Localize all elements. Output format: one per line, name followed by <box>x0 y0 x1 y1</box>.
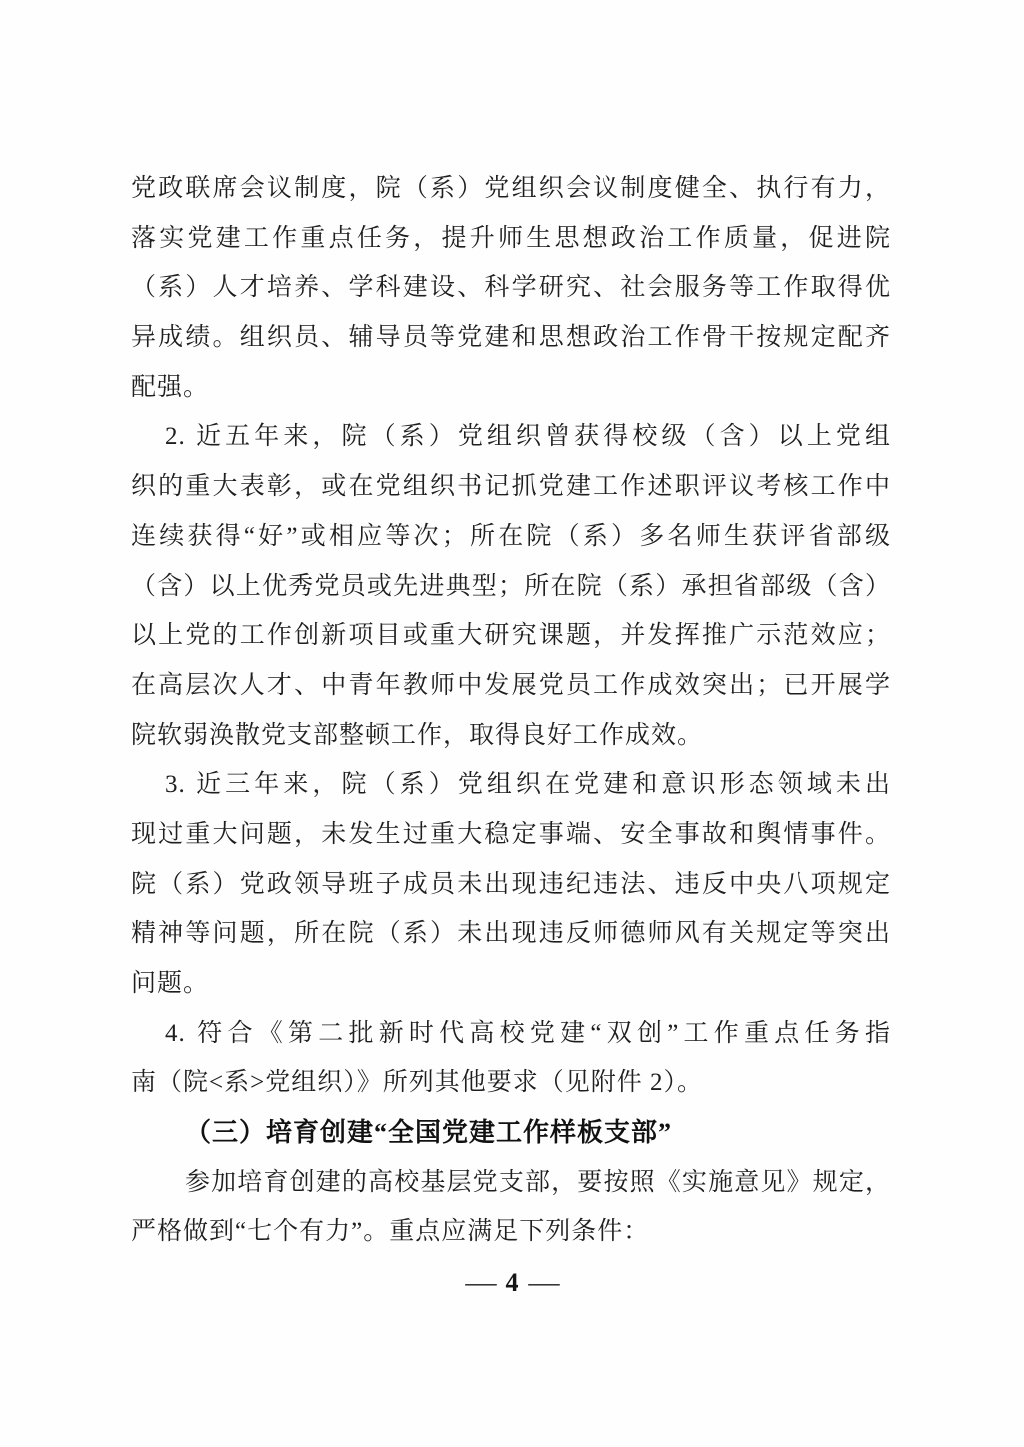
text-line: 4. 符合《第二批新时代高校党建“双创”工作重点任务指 <box>131 1009 891 1059</box>
page-number-dash-left: — <box>465 1268 496 1298</box>
text-line: （含）以上优秀党员或先进典型；所在院（系）承担省部级（含） <box>131 562 891 612</box>
text-line: 异成绩。组织员、辅导员等党建和思想政治工作骨干按规定配齐 <box>131 313 891 363</box>
text-line: 精神等问题，所在院（系）未出现违反师德师风有关规定等突出 <box>131 909 891 959</box>
text-line: 严格做到“七个有力”。重点应满足下列条件： <box>131 1207 891 1257</box>
text-line: 配强。 <box>131 363 891 413</box>
document-page: 党政联席会议制度，院（系）党组织会议制度健全、执行有力，落实党建工作重点任务，提… <box>0 0 1024 1447</box>
text-line: 以上党的工作创新项目或重大研究课题，并发挥推广示范效应； <box>131 611 891 661</box>
text-line: 问题。 <box>131 959 891 1009</box>
document-body: 党政联席会议制度，院（系）党组织会议制度健全、执行有力，落实党建工作重点任务，提… <box>131 164 891 1257</box>
text-line: 院软弱涣散党支部整顿工作，取得良好工作成效。 <box>131 711 891 761</box>
text-line: 2. 近五年来，院（系）党组织曾获得校级（含）以上党组 <box>131 412 891 462</box>
text-line: 落实党建工作重点任务，提升师生思想政治工作质量，促进院 <box>131 214 891 264</box>
page-footer: —4— <box>0 1268 1024 1298</box>
text-line: 连续获得“好”或相应等次；所在院（系）多名师生获评省部级 <box>131 512 891 562</box>
page-number: 4 <box>506 1268 519 1298</box>
text-line: 院（系）党政领导班子成员未出现违纪违法、违反中央八项规定 <box>131 860 891 910</box>
text-line: （系）人才培养、学科建设、科学研究、社会服务等工作取得优 <box>131 263 891 313</box>
text-line: 织的重大表彰，或在党组织书记抓党建工作述职评议考核工作中 <box>131 462 891 512</box>
text-line: 在高层次人才、中青年教师中发展党员工作成效突出；已开展学 <box>131 661 891 711</box>
text-line: 党政联席会议制度，院（系）党组织会议制度健全、执行有力， <box>131 164 891 214</box>
text-line: 南（院<系>党组织）》所列其他要求（见附件 2）。 <box>131 1058 891 1108</box>
text-line: 参加培育创建的高校基层党支部，要按照《实施意见》规定， <box>131 1158 891 1208</box>
page-number-dash-right: — <box>528 1268 559 1298</box>
section-heading: （三）培育创建“全国党建工作样板支部” <box>131 1108 891 1158</box>
text-line: 3. 近三年来，院（系）党组织在党建和意识形态领域未出 <box>131 760 891 810</box>
text-line: 现过重大问题，未发生过重大稳定事端、安全事故和舆情事件。 <box>131 810 891 860</box>
